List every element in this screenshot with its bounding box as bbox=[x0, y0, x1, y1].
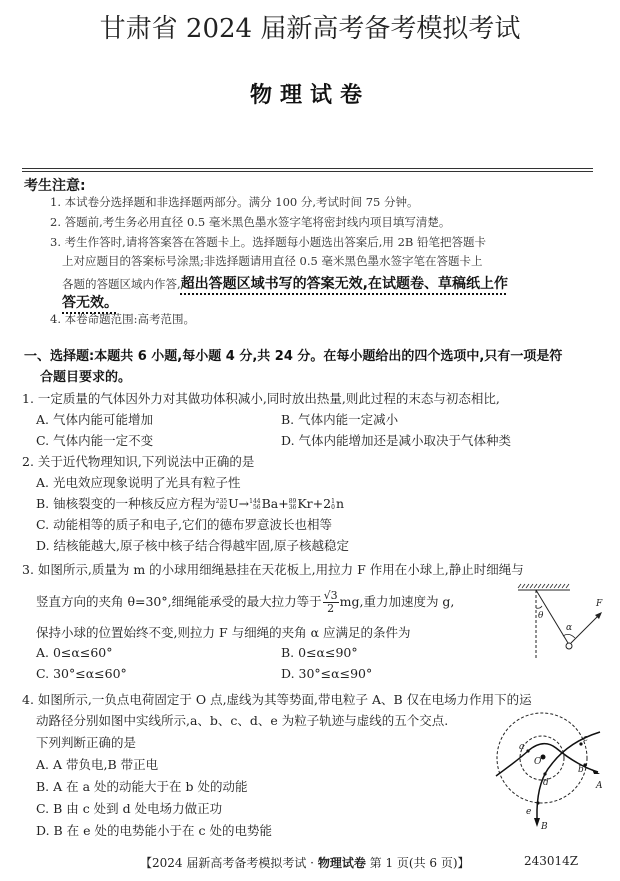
question-3-stem-line1: 3. 如图所示,质量为 m 的小球用细绳悬挂在天花板上,用拉力 F 作用在小球上… bbox=[22, 560, 524, 578]
question-3-option-a: A. 0≤α≤60° bbox=[36, 645, 112, 660]
notice-item-4: 4. 本卷命题范围:高考范围。 bbox=[50, 311, 195, 327]
notice-item-3-emphasis: 超出答题区域书写的答案无效,在试题卷、草稿纸上作 bbox=[181, 276, 508, 292]
question-3-stem-line2: 竖直方向的夹角 θ=30°,细绳能承受的最大拉力等于√32mg,重力加速度为 g… bbox=[36, 590, 454, 615]
trajectory-b bbox=[537, 732, 600, 822]
paper-code: 243014Z bbox=[524, 854, 578, 868]
question-3-option-d: D. 30°≤α≤90° bbox=[281, 666, 372, 681]
point-d-label: d bbox=[543, 778, 549, 788]
divider-top bbox=[22, 168, 593, 169]
ceiling-hatch-icon bbox=[518, 584, 569, 588]
arrow-icon: → bbox=[239, 496, 249, 511]
notice-item-3: 3. 考生作答时,请将答案答在答题卡上。选择题每小题选出答案后,用 2B 铅笔把… bbox=[50, 234, 486, 250]
question-1-option-b: B. 气体内能一定减小 bbox=[281, 410, 398, 428]
question-3-option-b: B. 0≤α≤90° bbox=[281, 645, 358, 660]
notice-heading: 考生注意: bbox=[24, 175, 86, 195]
notice-item-3-normal: 各题的答题区域内作答, bbox=[62, 277, 181, 291]
question-3-option-c: C. 30°≤α≤60° bbox=[36, 666, 127, 681]
kr-isotope: 8936 bbox=[289, 499, 297, 511]
stem-text: 竖直方向的夹角 θ=30°,细绳能承受的最大拉力等于 bbox=[36, 594, 322, 609]
pendulum-figure: θ α F bbox=[500, 580, 610, 670]
question-1-option-a: A. 气体内能可能增加 bbox=[36, 410, 153, 428]
question-4-option-c: C. B 由 c 处到 d 处电场力做正功 bbox=[36, 799, 222, 817]
question-4-option-a: A. A 带负电,B 带正电 bbox=[36, 755, 158, 773]
footer-left: 【2024 届新高考备考模拟考试 · bbox=[140, 856, 318, 870]
notice-item-3-cont2: 各题的答题区域内作答,超出答题区域书写的答案无效,在试题卷、草稿纸上作 bbox=[62, 273, 508, 293]
notice-item-3-cont1: 上对应题目的答案标号涂黑;非选择题请用直径 0.5 毫米黑色墨水签字笔在答题卡上 bbox=[62, 253, 482, 269]
question-2-stem: 2. 关于近代物理知识,下列说法中正确的是 bbox=[22, 452, 254, 470]
question-1-stem: 1. 一定质量的气体因外力对其做功体积减小,同时放出热量,则此过程的末态与初态相… bbox=[22, 389, 500, 407]
question-4-option-b: B. A 在 a 处的动能大于在 b 处的动能 bbox=[36, 777, 247, 795]
question-4-option-d: D. B 在 e 处的电势能小于在 c 处的电势能 bbox=[36, 821, 272, 839]
particle-a-label: A bbox=[595, 781, 603, 791]
force-arrow bbox=[571, 614, 600, 643]
point-b-label: b bbox=[578, 765, 584, 775]
question-2-option-a: A. 光电效应现象说明了光具有粒子性 bbox=[36, 473, 240, 491]
exam-title: 甘肃省 2024 届新高考备考模拟考试 bbox=[0, 8, 620, 45]
notice-item-3-emphasis-end: 答无效。 bbox=[62, 295, 118, 311]
point-c-label: c bbox=[583, 734, 588, 744]
point-o-label: O bbox=[534, 757, 542, 767]
arrow-b-icon bbox=[534, 818, 540, 827]
footer-subject: 物理试卷 bbox=[318, 856, 366, 870]
question-4-stem-line1: 4. 如图所示,一负点电荷固定于 O 点,虚线为其等势面,带电粒子 A、B 仅在… bbox=[22, 690, 532, 708]
ba-isotope: 14456 bbox=[249, 499, 260, 511]
ball-icon bbox=[566, 643, 572, 649]
neutron: 10 bbox=[331, 499, 335, 511]
force-label: F bbox=[595, 599, 603, 609]
divider-top-second bbox=[22, 171, 593, 172]
footer-page-info: 第 1 页(共 6 页)】 bbox=[366, 856, 470, 870]
point-e-label: e bbox=[526, 807, 531, 817]
notice-item-1: 1. 本试卷分选择题和非选择题两部分。满分 100 分,考试时间 75 分钟。 bbox=[50, 194, 419, 210]
particle-b-label: B bbox=[540, 822, 548, 832]
question-2-option-c: C. 动能相等的质子和电子,它们的德布罗意波长也相等 bbox=[36, 515, 332, 533]
theta-label: θ bbox=[538, 611, 544, 621]
question-2-option-b: B. 铀核裂变的一种核反应方程为23592U→14456Ba+8936Kr+21… bbox=[36, 494, 344, 512]
electric-field-figure: a O b c d e A B bbox=[488, 710, 613, 835]
section-heading: 一、选择题:本题共 6 小题,每小题 4 分,共 24 分。在每小题给出的四个选… bbox=[24, 345, 562, 364]
question-4-stem-line3: 下列判断正确的是 bbox=[36, 733, 136, 751]
question-3-stem-line3: 保持小球的位置始终不变,则拉力 F 与细绳的夹角 α 应满足的条件为 bbox=[36, 623, 410, 641]
alpha-label: α bbox=[566, 623, 572, 633]
notice-item-2: 2. 答题前,考生务必用直径 0.5 毫米黑色墨水签字笔将密封线内项目填写清楚。 bbox=[50, 214, 450, 230]
question-1-option-d: D. 气体内能增加还是减小取决于气体种类 bbox=[281, 431, 511, 449]
exam-subtitle: 物理试卷 bbox=[0, 78, 620, 109]
question-2-option-d: D. 结核能越大,原子核中核子结合得越牢固,原子核越稳定 bbox=[36, 536, 349, 554]
fraction-sqrt3-over-2: √32 bbox=[323, 590, 339, 615]
option-b-text: B. 铀核裂变的一种核反应方程为 bbox=[36, 496, 216, 511]
stem-text-b: mg,重力加速度为 g, bbox=[340, 594, 455, 609]
page-footer: 【2024 届新高考备考模拟考试 · 物理试卷 第 1 页(共 6 页)】 bbox=[140, 854, 470, 871]
section-heading-cont: 合题目要求的。 bbox=[40, 366, 131, 385]
u-isotope: 23592 bbox=[216, 499, 227, 511]
question-4-stem-line2: 动路径分别如图中实线所示,a、b、c、d、e 为粒子轨迹与虚线的五个交点. bbox=[36, 711, 448, 729]
question-1-option-c: C. 气体内能一定不变 bbox=[36, 431, 153, 449]
notice-item-3-cont3: 答无效。 bbox=[62, 292, 118, 312]
point-a-label: a bbox=[519, 742, 524, 752]
